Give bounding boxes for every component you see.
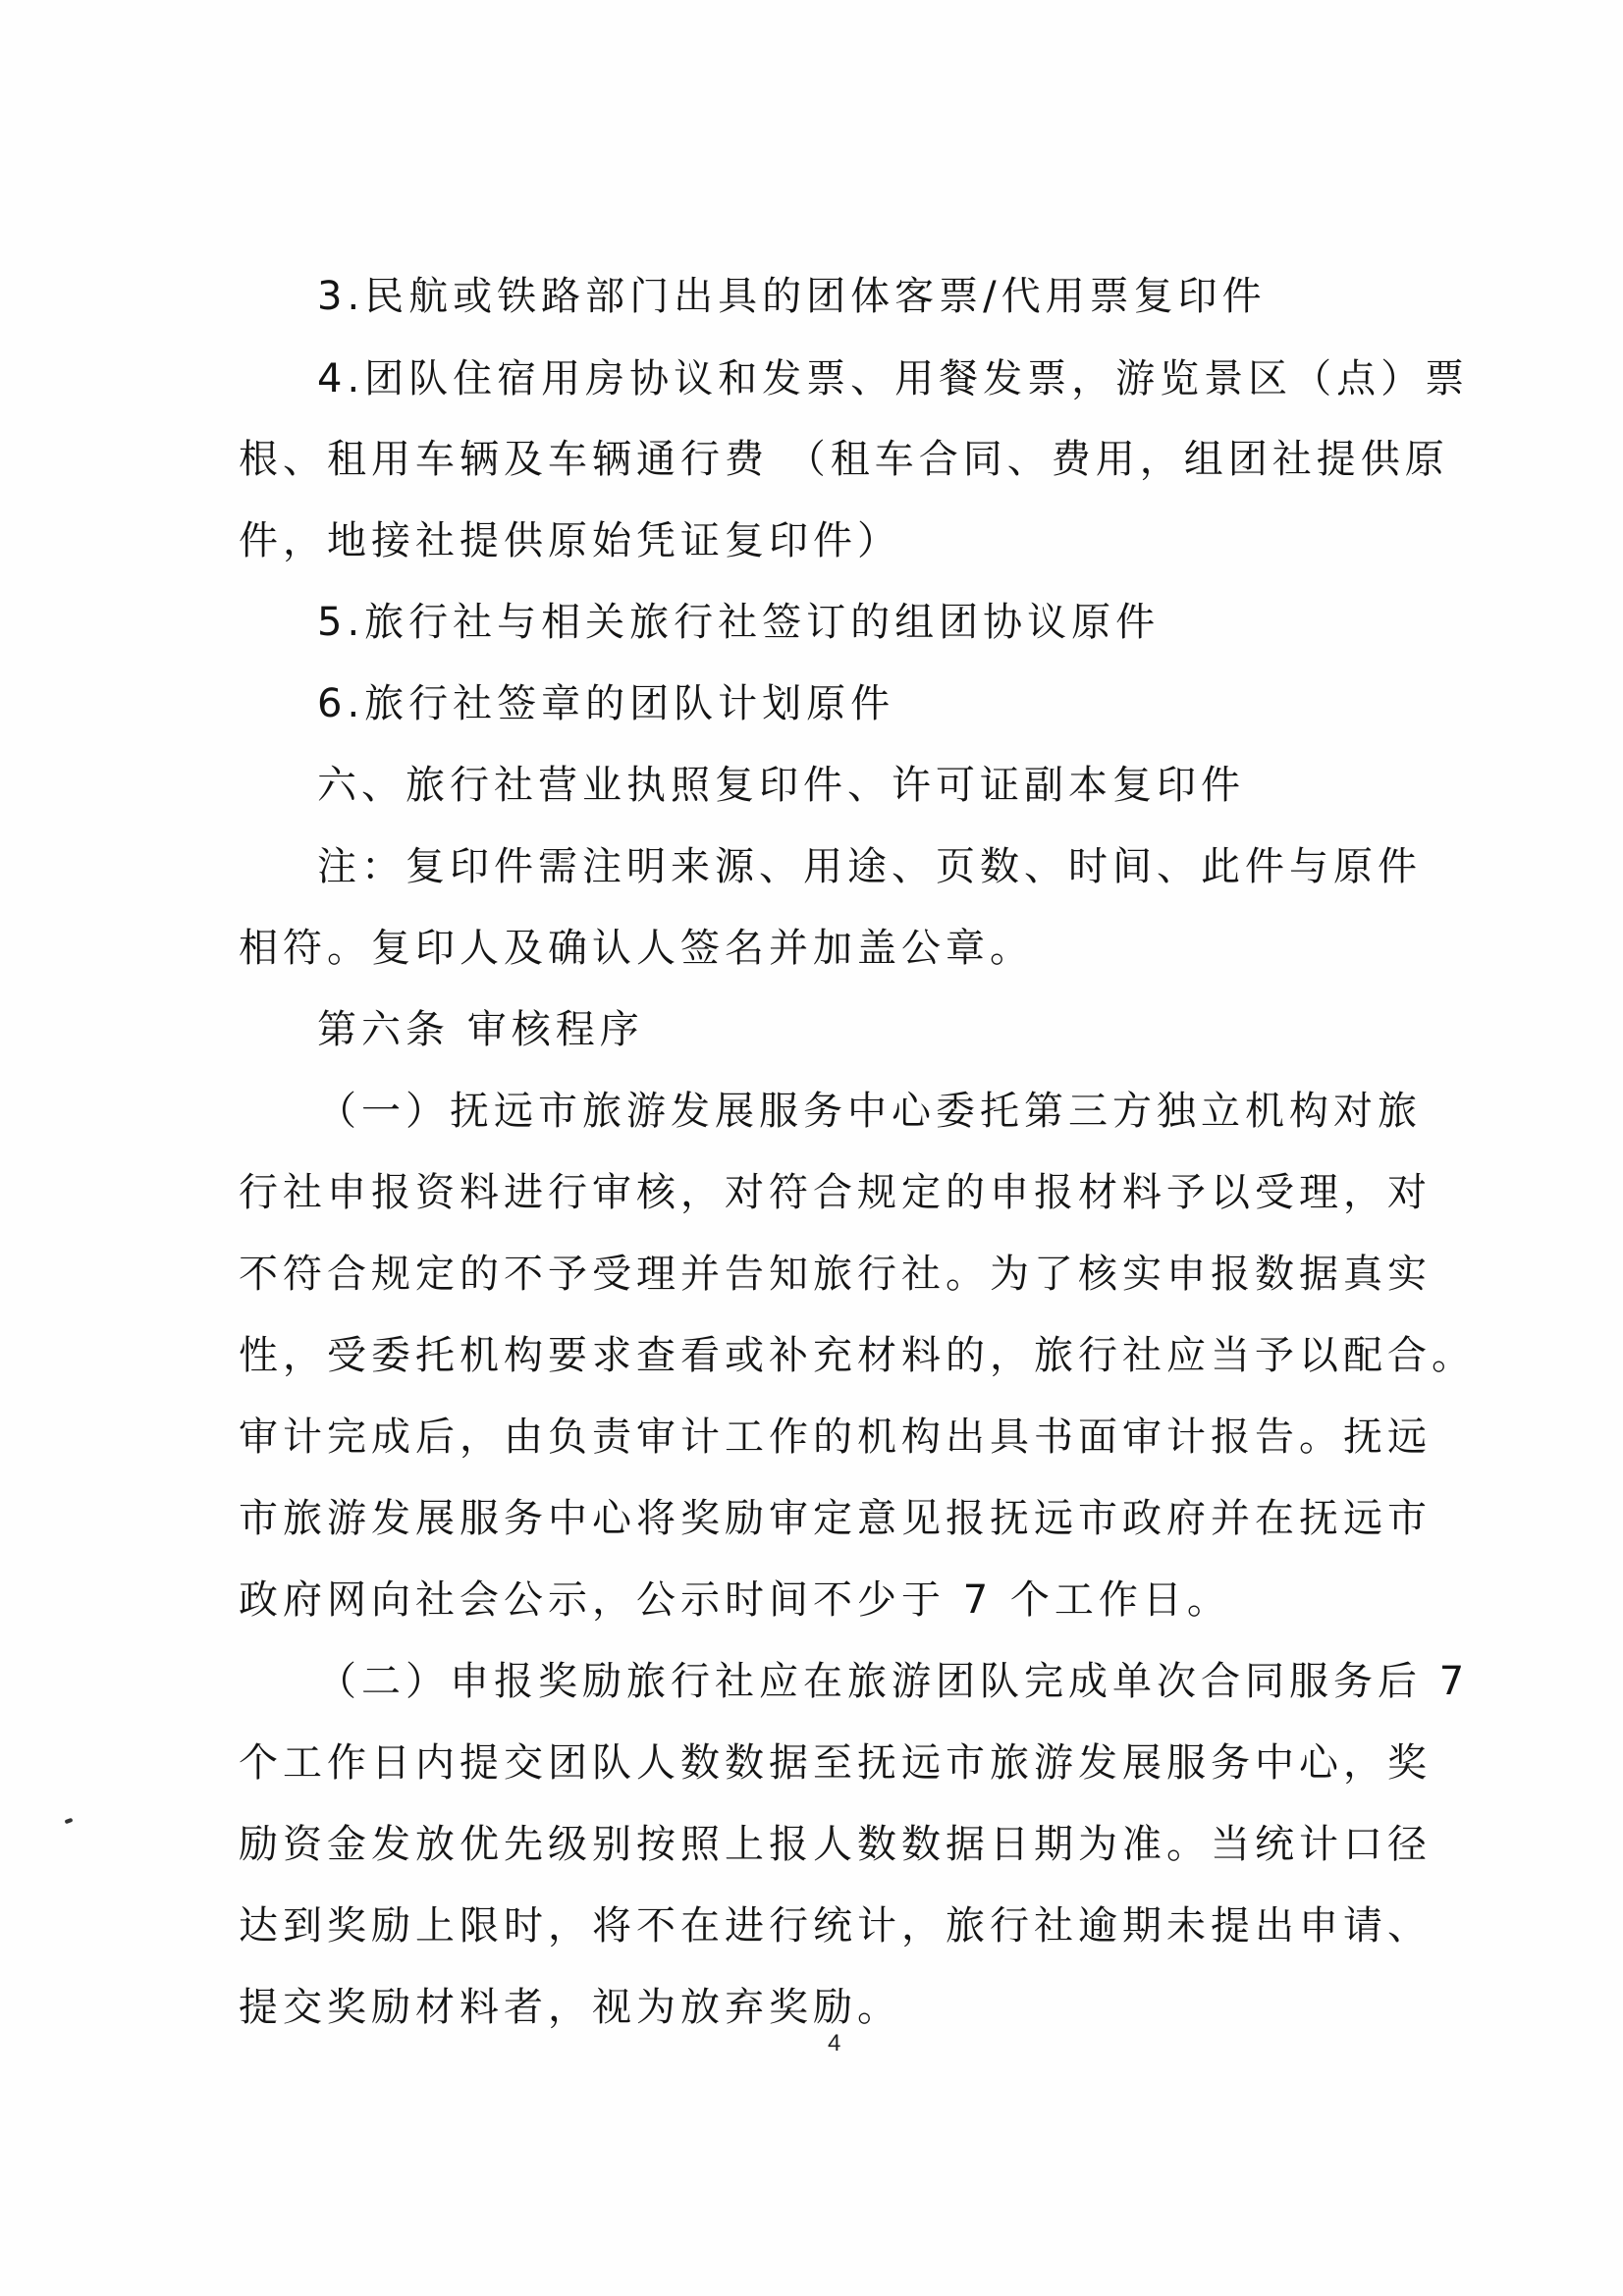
list-item-4-line-3: 件，地接社提供原始凭证复印件）	[239, 517, 901, 564]
note-line-1: 注：复印件需注明来源、用途、页数、时间、此件与原件	[317, 843, 1422, 890]
page-number: 4	[828, 2030, 840, 2057]
clause-1-line-6: 市旅游发展服务中心将奖励审定意见报抚远市政府并在抚远市	[239, 1495, 1432, 1542]
clause-2-line-2: 个工作日内提交团队人数数据至抚远市旅游发展服务中心，奖	[239, 1739, 1432, 1787]
clause-1-line-2: 行社申报资料进行审核，对符合规定的申报材料予以受理，对	[239, 1169, 1432, 1216]
list-item-6: 6.旅行社签章的团队计划原件	[317, 680, 894, 727]
section-six: 六、旅行社营业执照复印件、许可证副本复印件	[317, 762, 1245, 809]
clause-1-line-5: 审计完成后，由负责审计工作的机构出具书面审计报告。抚远	[239, 1414, 1432, 1461]
note-line-2: 相符。复印人及确认人签名并加盖公章。	[239, 925, 1034, 972]
list-item-4-line-2: 根、租用车辆及车辆通行费 （租车合同、费用，组团社提供原	[239, 436, 1449, 483]
clause-1-line-4: 性，受委托机构要求查看或补充材料的，旅行社应当予以配合。	[239, 1332, 1476, 1379]
article-6-heading: 第六条 审核程序	[317, 1006, 644, 1053]
clause-2-line-5: 提交奖励材料者，视为放弃奖励。	[239, 1984, 901, 2031]
document-page: 3.民航或铁路部门出具的团体客票/代用票复印件 4.团队住宿用房协议和发票、用餐…	[0, 0, 1623, 2296]
list-item-4-line-1: 4.团队住宿用房协议和发票、用餐发票，游览景区（点）票	[317, 355, 1469, 402]
clause-2-line-1: （二）申报奖励旅行社应在旅游团队完成单次合同服务后 7	[317, 1658, 1469, 1705]
list-item-3: 3.民航或铁路部门出具的团体客票/代用票复印件	[317, 273, 1267, 320]
scan-artifact-mark	[65, 1818, 74, 1824]
clause-2-line-3: 励资金发放优先级别按照上报人数数据日期为准。当统计口径	[239, 1821, 1432, 1868]
clause-2-line-4: 达到奖励上限时，将不在进行统计，旅行社逾期未提出申请、	[239, 1902, 1432, 1949]
clause-1-line-3: 不符合规定的不予受理并告知旅行社。为了核实申报数据真实	[239, 1251, 1432, 1298]
list-item-5: 5.旅行社与相关旅行社签订的组团协议原件	[317, 599, 1160, 646]
clause-1-line-7: 政府网向社会公示，公示时间不少于 7 个工作日。	[239, 1576, 1231, 1624]
clause-1-line-1: （一）抚远市旅游发展服务中心委托第三方独立机构对旅	[317, 1088, 1422, 1135]
